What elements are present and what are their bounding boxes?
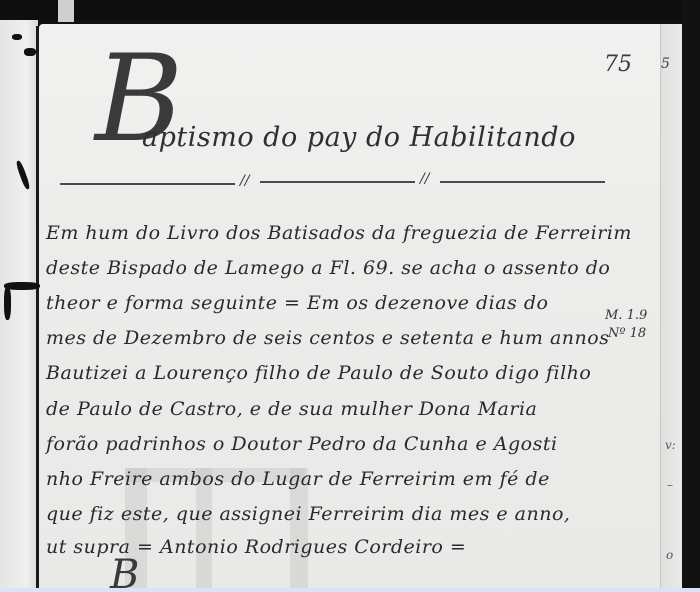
body-line: nho Freire ambos do Lugar de Ferreirim e…	[46, 468, 550, 490]
folio-number: 75	[604, 52, 632, 77]
body-line: que fiz este, que assignei Ferreirim dia…	[46, 503, 570, 525]
edge-mark: –	[667, 478, 673, 492]
viewer-bottom-bar	[0, 588, 700, 592]
body-line: mes de Dezembro de seis centos e setenta…	[46, 327, 609, 349]
title-rule-middle	[260, 181, 415, 183]
body-line: forão padrinhos o Doutor Pedro da Cunha …	[46, 433, 558, 455]
edge-mark: v:	[665, 438, 676, 452]
edge-mark: o	[666, 548, 673, 562]
scan-top-border	[0, 0, 700, 20]
ink-blot	[4, 286, 11, 320]
margin-note-line2: Nº 18	[608, 326, 646, 341]
binding-spine	[36, 26, 39, 588]
paper-tab	[58, 0, 74, 22]
body-line: Bautizei a Lourenço filho de Paulo de So…	[46, 362, 591, 384]
body-line: theor e forma seguinte = Em os dezenove …	[46, 292, 548, 314]
folio-corner-mark: 5	[661, 56, 670, 72]
title-rule-mark: //	[240, 173, 249, 189]
next-entry-initial: B	[110, 552, 139, 592]
page-right-margin	[660, 24, 683, 588]
margin-note-line1: M. 1.9	[605, 308, 647, 323]
scan-right-border	[682, 0, 700, 592]
body-line: de Paulo de Castro, e de sua mulher Dona…	[46, 398, 537, 420]
title-rule-left	[60, 183, 235, 185]
body-line: Em hum do Livro dos Batisados da freguez…	[46, 222, 632, 244]
title-rule-mark: //	[420, 171, 429, 187]
title-rule-right	[440, 181, 605, 183]
page-title: aptismo do pay do Habilitando	[142, 122, 576, 153]
body-line: deste Bispado de Lamego a Fl. 69. se ach…	[46, 257, 610, 279]
ink-blot	[24, 48, 36, 56]
ink-blot	[12, 34, 22, 40]
